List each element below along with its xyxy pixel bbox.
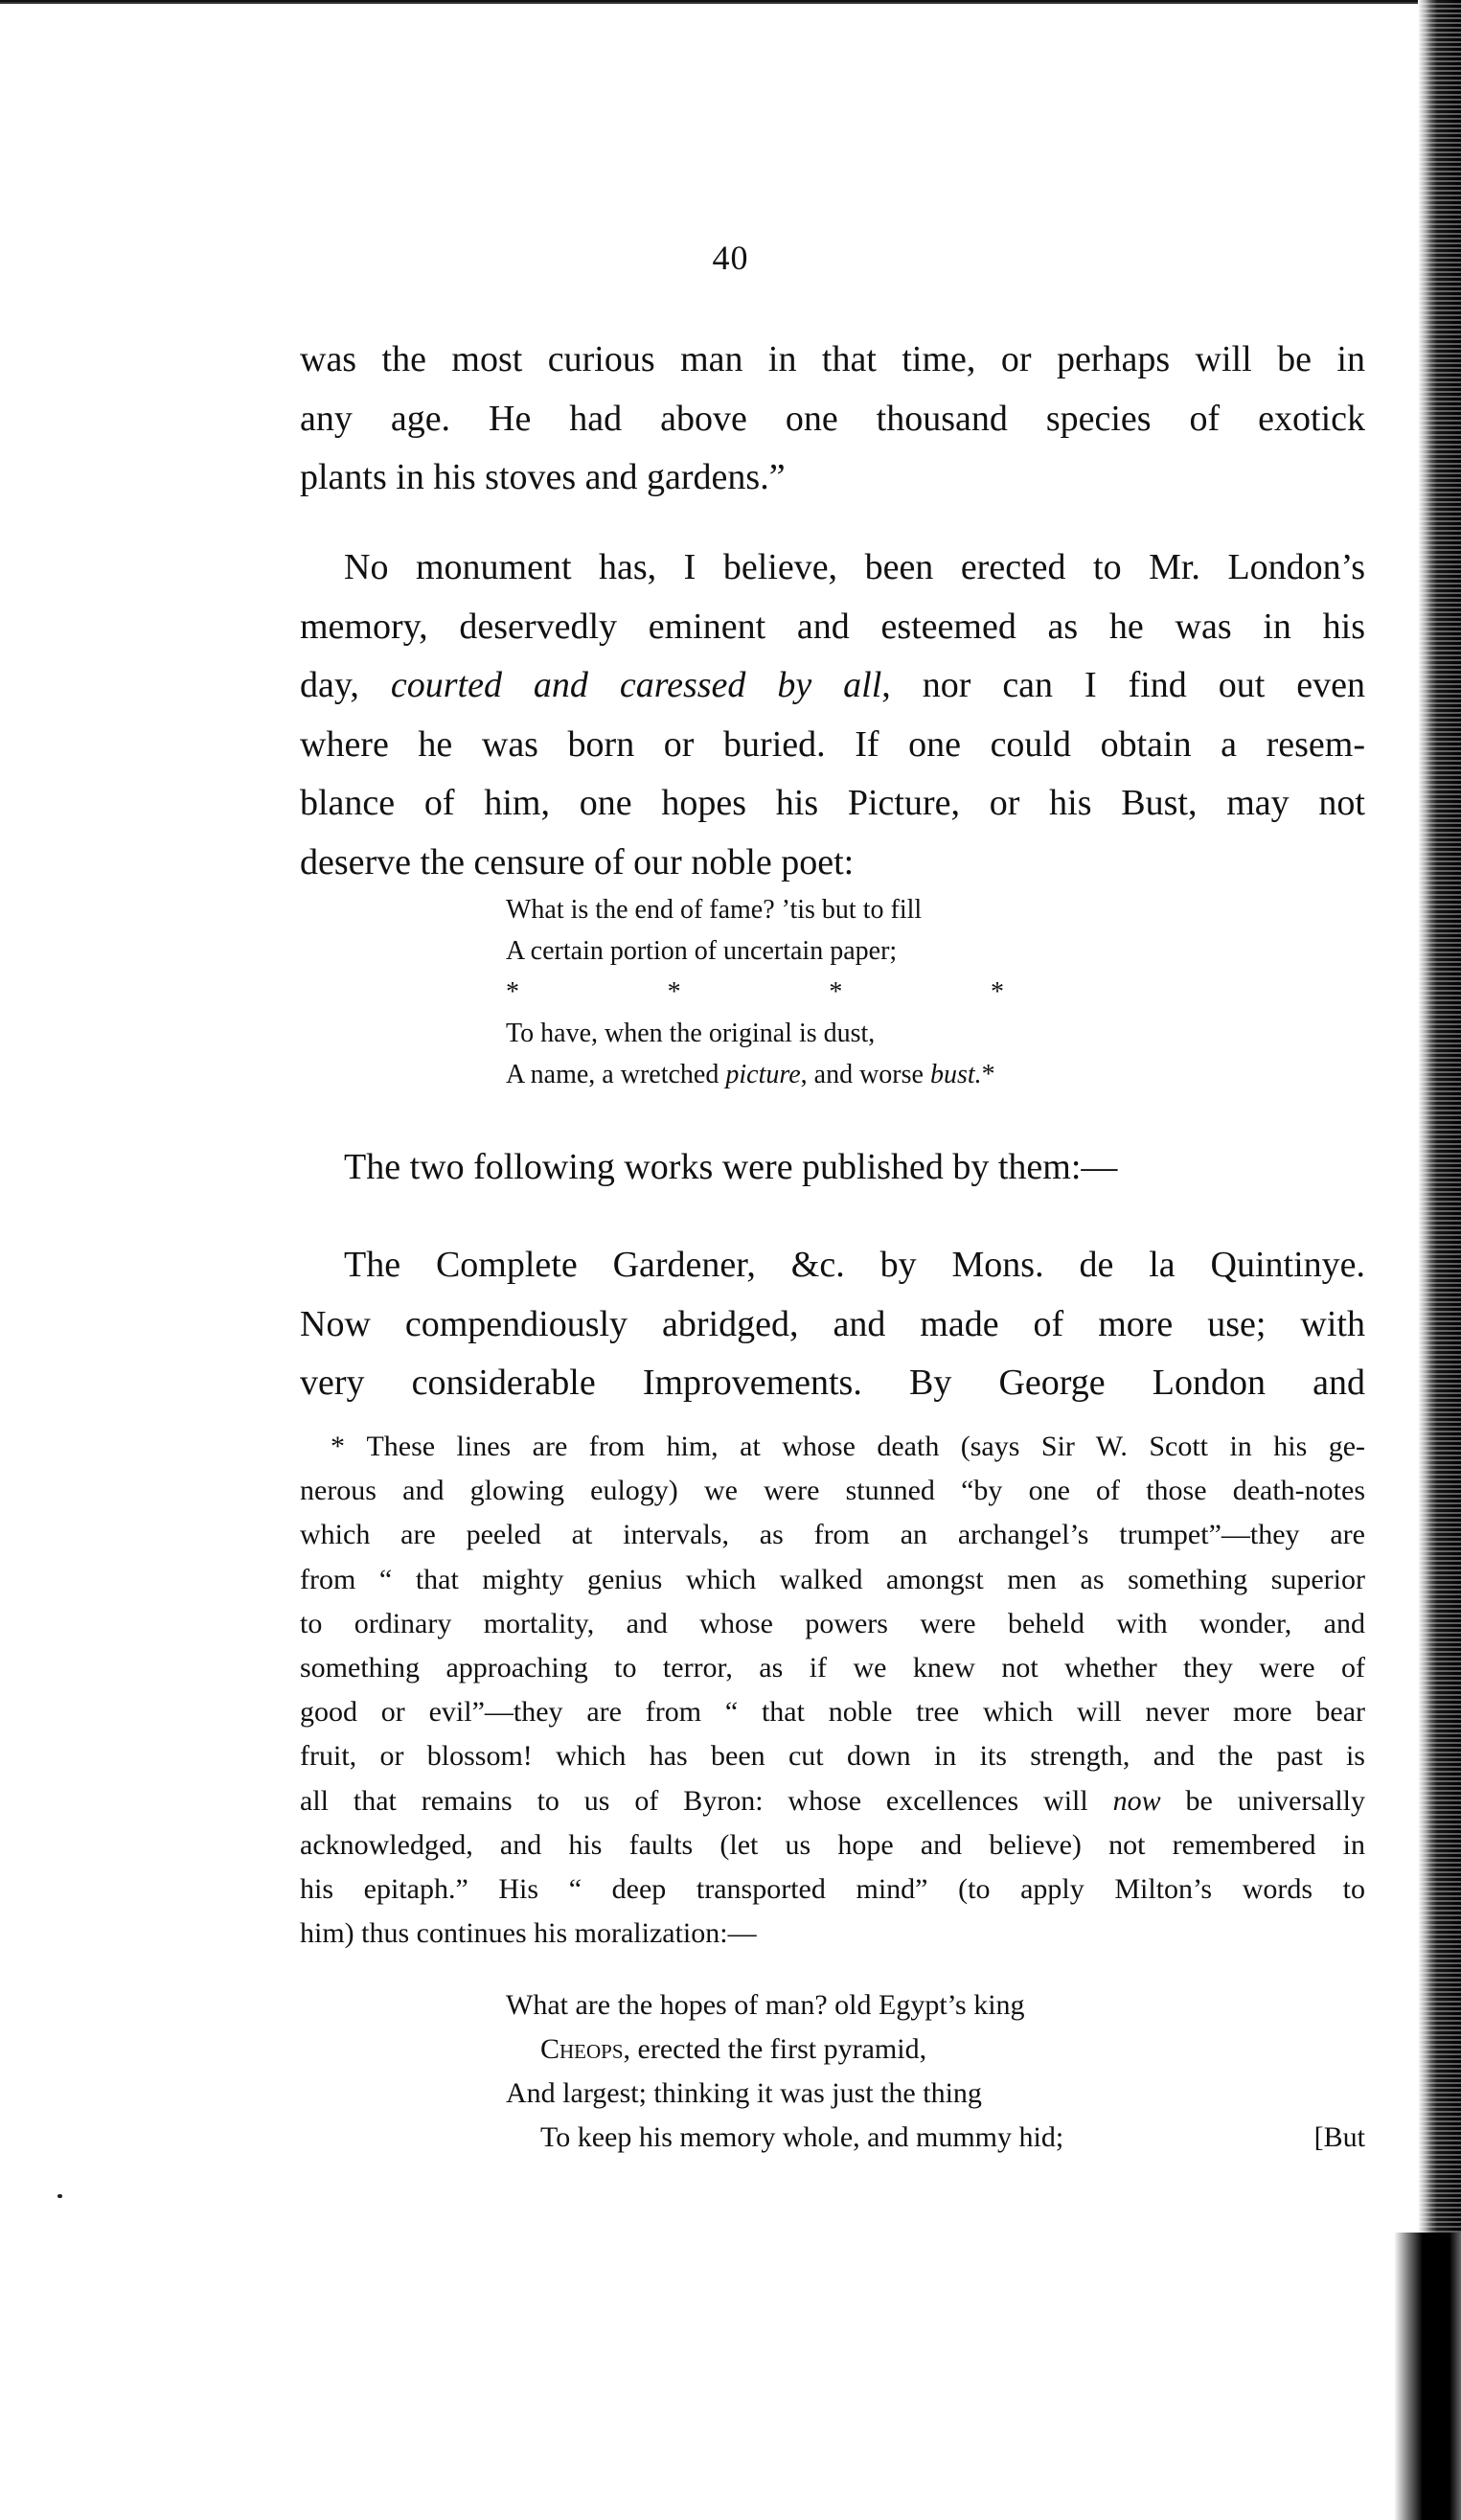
page-number: 40 [0,238,1461,278]
italic-phrase: courted and caressed by all [391,665,881,705]
verse-line: Cheops, erected the first pyramid, [506,2027,1365,2072]
verse-line: What are the hopes of man? old Egypt’s k… [506,1983,1365,2027]
footnote-marker: * [331,1431,345,1462]
text-run: , nor can I find out even [881,665,1365,705]
text-line: The two following works were published b… [344,1147,1117,1187]
works-intro-paragraph: The two following works were published b… [300,1138,1365,1198]
text-line: good or evil”—they are from “ that noble… [300,1690,1365,1734]
text-run: be universally [1161,1785,1365,1817]
text-line: any age. He had above one thousand speci… [300,390,1365,449]
text-line: memory, deservedly eminent and esteemed … [300,598,1365,657]
page-right-edge-shadow [1418,0,1461,2520]
text-line: something approaching to terror, as if w… [300,1646,1365,1690]
asterisk: * [829,972,842,1013]
text-line: where he was born or buried. If one coul… [300,716,1365,775]
text-line: blance of him, one hopes his Picture, or… [300,774,1365,834]
page-right-edge-shadow-bottom [1365,2233,1461,2520]
scan-speck [57,2194,62,2198]
continuation-paragraph: was the most curious man in that time, o… [300,331,1365,508]
italic-word: now [1113,1785,1161,1817]
footnote-marker: * [982,1060,995,1089]
text-run: A name, a wretched [506,1060,725,1089]
italic-word: picture [725,1060,800,1089]
text-line: acknowledged, and his faults (let us hop… [300,1823,1365,1867]
monument-paragraph: No monument has, I believe, been erected… [300,538,1365,892]
text-run: day, [300,665,391,705]
small-caps-name: Cheops [540,2033,624,2065]
verse-line: To have, when the original is dust, [506,1013,1004,1054]
italic-word: bust. [930,1060,982,1089]
text-line: his epitaph.” His “ deep transported min… [300,1867,1365,1912]
text-run: These lines are from him, at whose death… [366,1431,1365,1462]
text-line: all that remains to us of Byron: whose e… [300,1779,1365,1823]
verse-quote-fame: What is the end of fame? ’tis but to fil… [506,889,1004,1095]
text-line: very considerable Improvements. By Georg… [300,1354,1365,1413]
text-line: to ordinary mortality, and whose powers … [300,1602,1365,1646]
asterisk: * [506,972,519,1013]
verse-line: A name, a wretched picture, and worse bu… [506,1054,1004,1095]
text-line: * These lines are from him, at whose dea… [300,1425,1365,1469]
verse-line: A certain portion of uncertain paper; [506,930,1004,972]
footnote: * These lines are from him, at whose dea… [300,1425,1365,1956]
text-line: him) thus continues his moralization:— [300,1912,1365,1956]
text-run: , and worse [801,1060,930,1089]
text-line: nerous and glowing eulogy) we were stunn… [300,1469,1365,1513]
text-line: deserve the censure of our noble poet: [300,834,1365,893]
gardener-paragraph: The Complete Gardener, &c. by Mons. de l… [300,1236,1365,1413]
text-line: was the most curious man in that time, o… [300,331,1365,390]
asterisk: * [668,972,681,1013]
text-line: Now compendiously abridged, and made of … [300,1295,1365,1355]
text-run: all that remains to us of Byron: whose e… [300,1785,1113,1817]
text-line: No monument has, I believe, been erected… [300,538,1365,598]
text-line: The Complete Gardener, &c. by Mons. de l… [300,1236,1365,1295]
text-line: plants in his stoves and gardens.” [300,448,1365,508]
text-line: from “ that mighty genius which walked a… [300,1558,1365,1602]
verse-line: And largest; thinking it was just the th… [506,2072,1365,2116]
asterisk: * [991,972,1004,1013]
ellipsis-stars: * * * * [506,972,1004,1013]
text-line: fruit, or blossom! which has been cut do… [300,1734,1365,1778]
verse-line: To keep his memory whole, and mummy hid;… [506,2116,1365,2160]
text-line: day, courted and caressed by all, nor ca… [300,656,1365,716]
verse-quote-cheops: What are the hopes of man? old Egypt’s k… [506,1983,1365,2160]
catchword: [But [1314,2116,1365,2160]
text-run: , erected the first pyramid, [624,2033,927,2065]
page-top-edge [0,0,1461,6]
text-line: which are peeled at intervals, as from a… [300,1513,1365,1557]
text-run: To keep his memory whole, and mummy hid; [540,2121,1063,2153]
verse-line: What is the end of fame? ’tis but to fil… [506,889,1004,930]
